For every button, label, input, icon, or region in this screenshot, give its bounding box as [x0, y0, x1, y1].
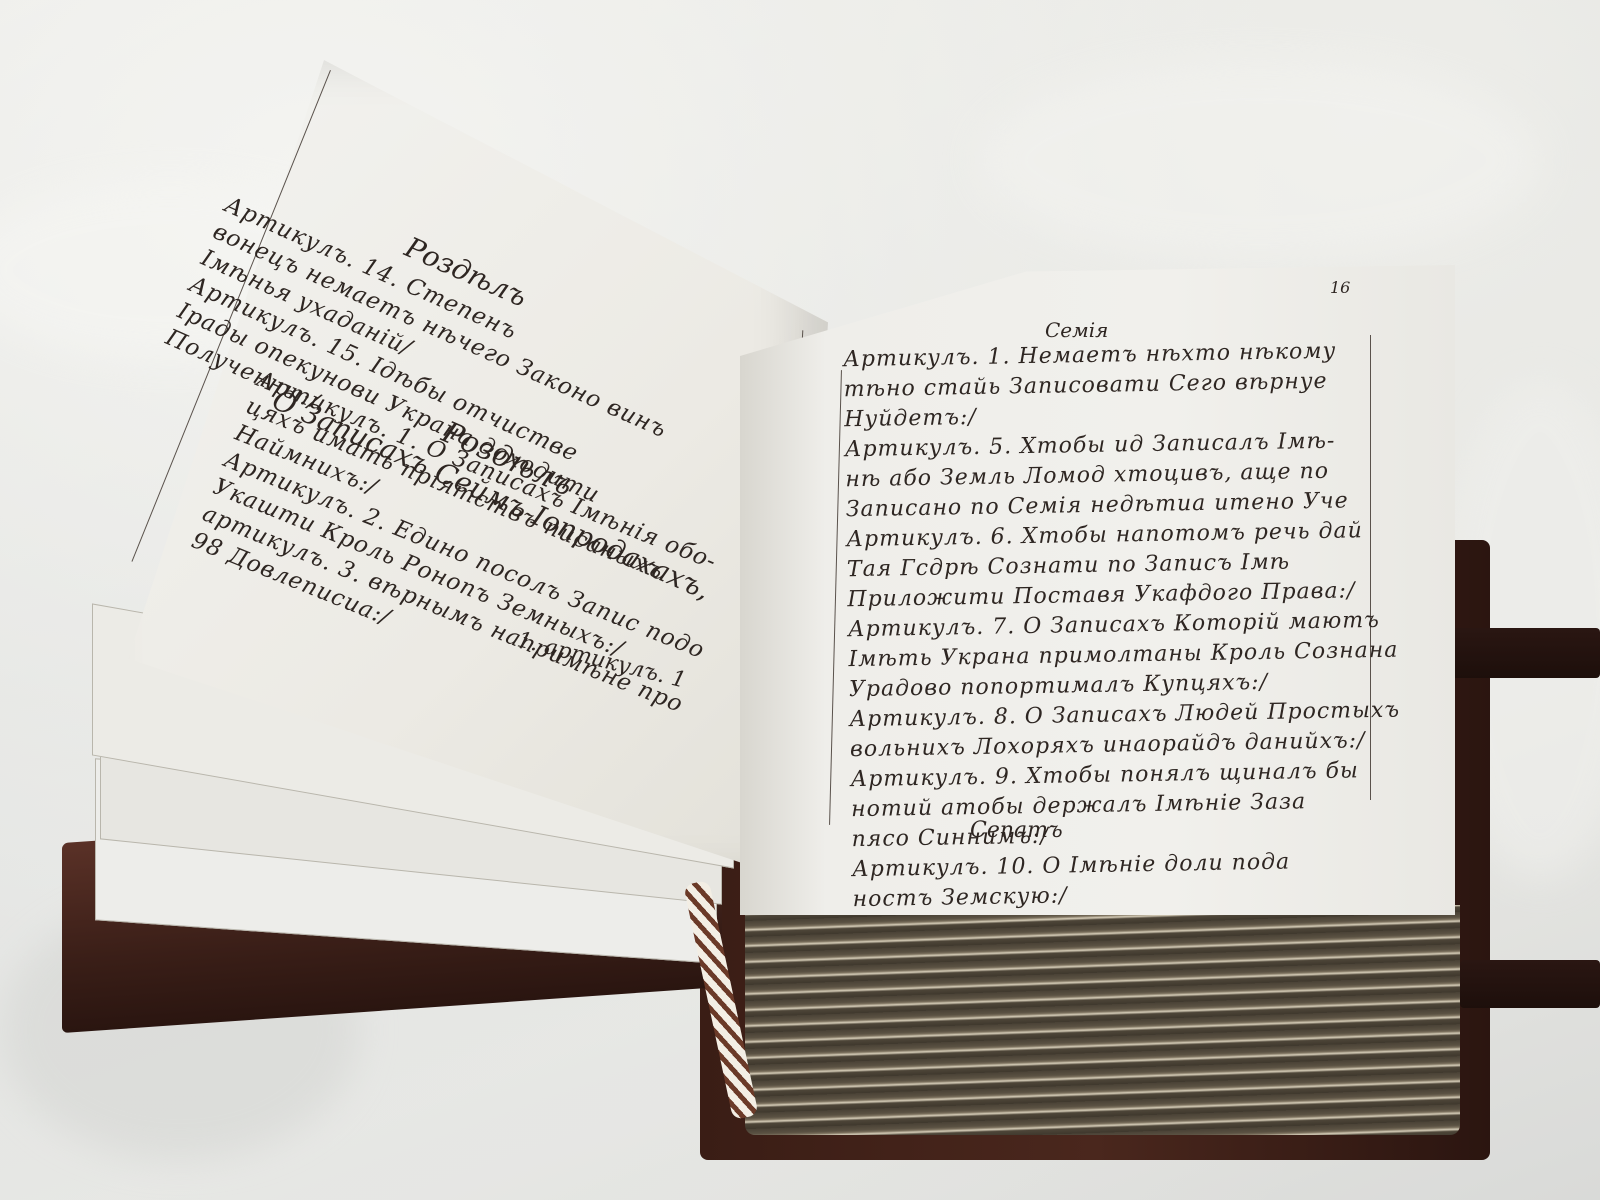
right-heading: Семія	[1045, 320, 1108, 340]
cloth-fold	[980, 60, 1540, 260]
right-margin-rule-right	[1370, 335, 1371, 800]
right-page-text: Артикулъ. 1. Немаетъ нѣхто нѣкому тѣно с…	[843, 341, 1333, 919]
right-catchword: Сепатъ	[970, 820, 1063, 842]
clasp-strap-upper	[1440, 628, 1600, 678]
clasp-strap-lower	[1460, 960, 1600, 1008]
page-block-edge	[745, 905, 1460, 1135]
page-number: 16	[1330, 280, 1350, 296]
